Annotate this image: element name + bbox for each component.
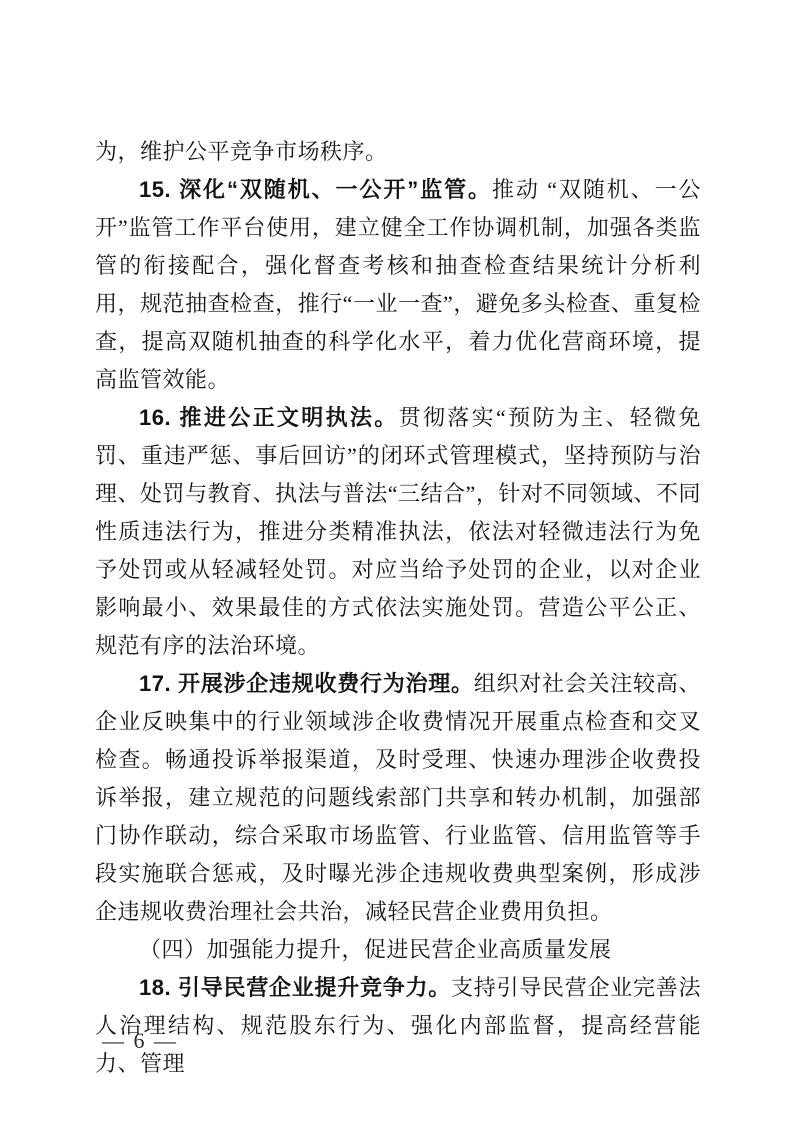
item-15-heading: 15. 深化“双随机、一公开”监管。 xyxy=(139,177,492,202)
item-18-heading: 18. 引导民营企业提升竞争力。 xyxy=(139,975,451,1000)
item-17-paragraph: 17. 开展涉企违规收费行为治理。组织对社会关注较高、企业反映集中的行业领域涉企… xyxy=(95,665,701,931)
item-16-paragraph: 16. 推进公正文明执法。贯彻落实“预防为主、轻微免罚、重违严惩、事后回访”的闭… xyxy=(95,399,701,665)
item-17-body: 组织对社会关注较高、企业反映集中的行业领域涉企收费情况开展重点检查和交叉检查。畅… xyxy=(95,671,701,924)
page-number: — 6 — xyxy=(102,1028,178,1054)
document-page: 为，维护公平竞争市场秩序。 15. 深化“双随机、一公开”监管。推动 “双随机、… xyxy=(0,0,793,1122)
item-17-heading: 17. 开展涉企违规收费行为治理。 xyxy=(139,671,474,696)
section-heading-text: （四）加强能力提升，促进民营企业高质量发展 xyxy=(139,937,612,962)
paragraph-continuation-text: 为，维护公平竞争市场秩序。 xyxy=(95,139,388,164)
section-heading: （四）加强能力提升，促进民营企业高质量发展 xyxy=(95,931,701,969)
item-16-heading: 16. 推进公正文明执法。 xyxy=(139,405,399,430)
item-15-body: 推动 “双随机、一公开”监管工作平台使用，建立健全工作协调机制，加强各类监管的衔… xyxy=(95,177,701,392)
paragraph-continuation: 为，维护公平竞争市场秩序。 xyxy=(95,133,701,171)
item-18-paragraph: 18. 引导民营企业提升竞争力。支持引导民营企业完善法人治理结构、规范股东行为、… xyxy=(95,969,701,1083)
document-body: 为，维护公平竞争市场秩序。 15. 深化“双随机、一公开”监管。推动 “双随机、… xyxy=(95,133,701,1083)
item-15-paragraph: 15. 深化“双随机、一公开”监管。推动 “双随机、一公开”监管工作平台使用，建… xyxy=(95,171,701,399)
item-16-body: 贯彻落实“预防为主、轻微免罚、重违严惩、事后回访”的闭环式管理模式，坚持预防与治… xyxy=(95,405,701,658)
